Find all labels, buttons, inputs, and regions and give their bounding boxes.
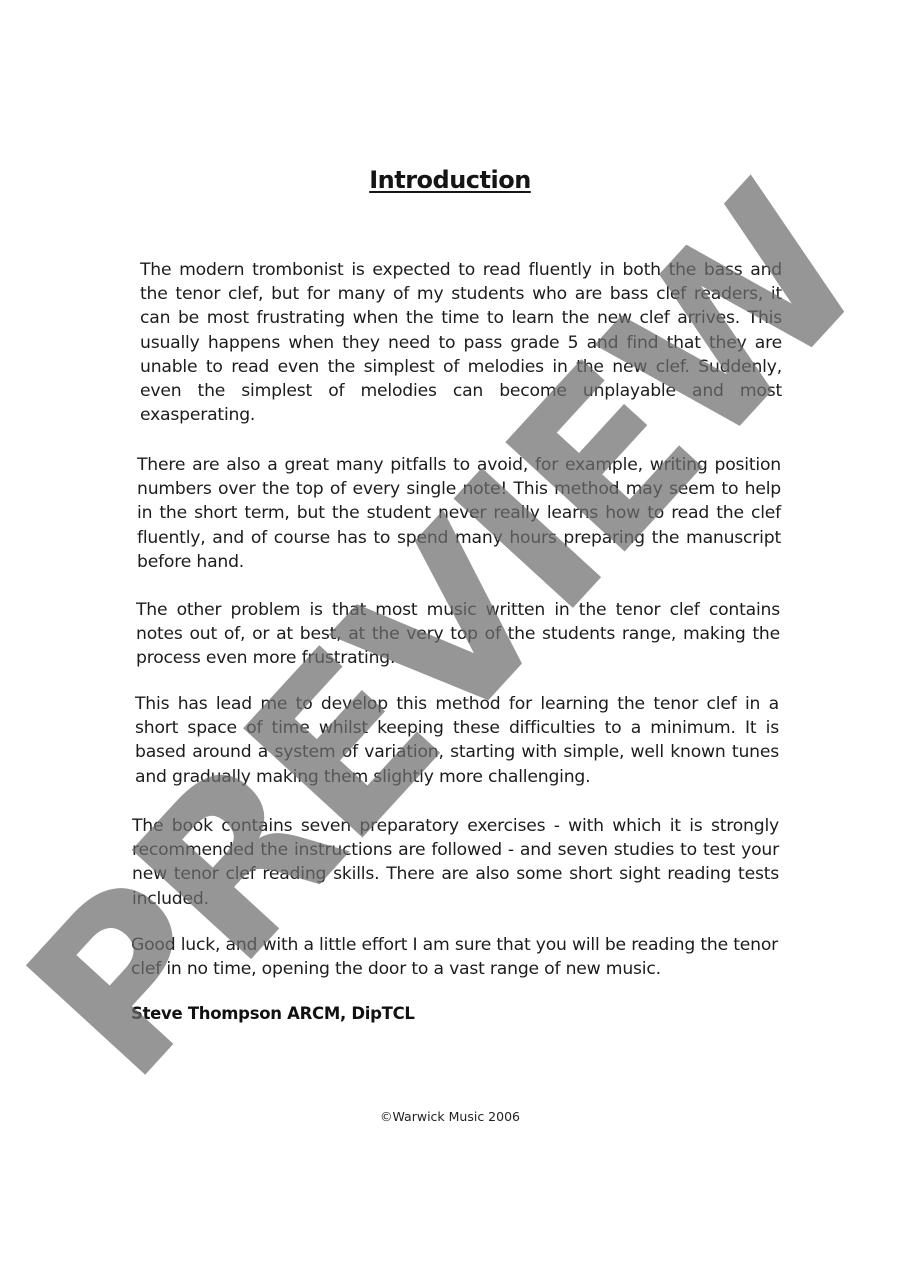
paragraph-method: This has lead me to develop this method … [135,692,779,789]
author-signature: Steve Thompson ARCM, DipTCL [131,1004,415,1023]
page-title: Introduction [0,166,900,194]
document-page: Introduction The modern trombonist is ex… [0,0,900,1273]
paragraph-book-contents: The book contains seven preparatory exer… [132,814,779,911]
copyright-notice: ©Warwick Music 2006 [0,1109,900,1124]
paragraph-range-problem: The other problem is that most music wri… [136,598,780,671]
paragraph-intro: The modern trombonist is expected to rea… [140,258,782,427]
paragraph-pitfalls: There are also a great many pitfalls to … [137,453,781,574]
paragraph-good-luck: Good luck, and with a little effort I am… [131,933,791,981]
